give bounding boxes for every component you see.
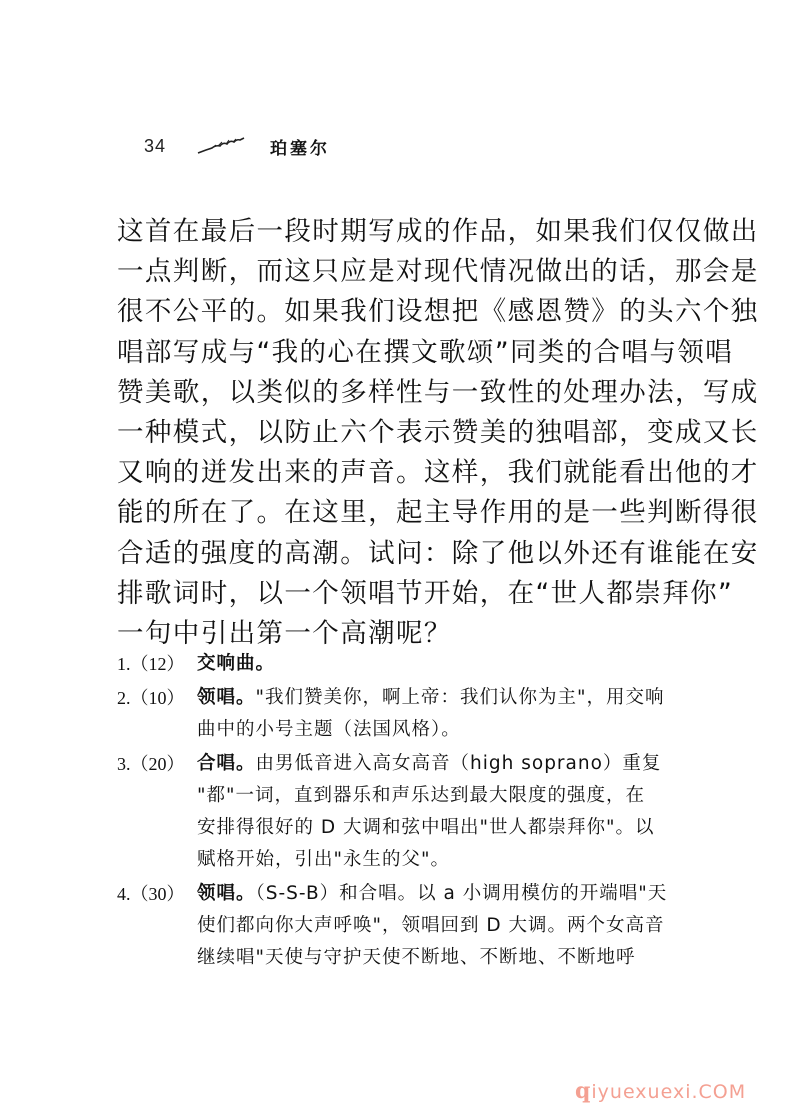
paragraph-line: 又响的迸发出来的声音。这样，我们就能看出他的才 <box>117 453 687 493</box>
paragraph-line: 赞美歌，以类似的多样性与一致性的处理办法，写成 <box>117 373 687 413</box>
paragraph-line: 一种模式，以防止六个表示赞美的独唱部，变成又长 <box>117 413 687 453</box>
item-index: 3. <box>117 754 131 774</box>
bar-count: （10） <box>131 688 185 708</box>
item-number: 4.（30） <box>117 878 185 910</box>
item-label: 合唱。 <box>197 753 256 774</box>
item-text: "都"一词，直到器乐和声乐达到最大限度的强度，在 <box>197 780 687 812</box>
paragraph-line: 排歌词时，以一个领唱节开始，在“世人都崇拜你” <box>117 574 687 614</box>
paragraph-line: 合适的强度的高潮。试问：除了他以外还有谁能在安 <box>117 534 687 574</box>
item-number: 2.（10） <box>117 682 185 714</box>
item-text: 赋格开始，引出"永生的父"。 <box>197 844 687 876</box>
watermark-q: q <box>575 1078 591 1104</box>
list-item: 4.（30） 领唱。（S-S-B）和合唱。以 a 小调用模仿的开端唱"天 使们都… <box>117 878 687 974</box>
bar-count: （30） <box>131 884 185 904</box>
running-title: 珀塞尔 <box>270 134 330 159</box>
item-text: 继续唱"天使与守护天使不断地、不断地、不断地呼 <box>197 942 687 974</box>
item-text: "我们赞美你，啊上帝：我们认你为主"，用交响 <box>256 687 665 708</box>
movement-list: 1.（12） 交响曲。 2.（10） 领唱。"我们赞美你，啊上帝：我们认你为主"… <box>117 648 687 976</box>
page-number: 34 <box>144 136 166 157</box>
bar-count: （20） <box>131 754 185 774</box>
list-item: 2.（10） 领唱。"我们赞美你，啊上帝：我们认你为主"，用交响 曲中的小号主题… <box>117 682 687 746</box>
item-number: 1.（12） <box>117 648 185 680</box>
item-index: 1. <box>117 654 131 674</box>
item-text: 使们都向你大声呼唤"，领唱回到 D 大调。两个女高音 <box>197 910 687 942</box>
bar-count: （12） <box>131 654 185 674</box>
feather-flourish-icon <box>196 136 246 156</box>
paragraph-line: 能的所在了。在这里，起主导作用的是一些判断得很 <box>117 493 687 533</box>
paragraph-line: 这首在最后一段时期写成的作品，如果我们仅仅做出 <box>117 212 687 252</box>
item-label: 交响曲。 <box>197 653 275 674</box>
page-header: 34 珀塞尔 <box>144 131 330 161</box>
list-item: 3.（20） 合唱。由男低音进入高女高音（high soprano）重复 "都"… <box>117 748 687 876</box>
item-text: 由男低音进入高女高音（high soprano）重复 <box>256 753 662 774</box>
item-text: 安排得很好的 D 大调和弦中唱出"世人都崇拜你"。以 <box>197 812 687 844</box>
item-index: 4. <box>117 884 131 904</box>
body-paragraph: 这首在最后一段时期写成的作品，如果我们仅仅做出 一点判断，而这只应是对现代情况做… <box>117 212 687 654</box>
paragraph-line: 很不公平的。如果我们设想把《感恩赞》的头六个独 <box>117 292 687 332</box>
item-number: 3.（20） <box>117 748 185 780</box>
site-watermark: qiyuexuexi.COM <box>575 1078 746 1104</box>
item-text: （S-S-B）和合唱。以 a 小调用模仿的开端唱"天 <box>256 883 668 904</box>
item-label: 领唱。 <box>197 687 256 708</box>
list-item: 1.（12） 交响曲。 <box>117 648 687 680</box>
paragraph-line: 一点判断，而这只应是对现代情况做出的话，那会是 <box>117 252 687 292</box>
item-label: 领唱。 <box>197 883 256 904</box>
paragraph-line: 唱部写成与“我的心在撰文歌颂”同类的合唱与领唱 <box>117 333 687 373</box>
item-text: 曲中的小号主题（法国风格）。 <box>197 714 687 746</box>
item-index: 2. <box>117 688 131 708</box>
watermark-text: iyuexuexi.COM <box>591 1081 746 1103</box>
